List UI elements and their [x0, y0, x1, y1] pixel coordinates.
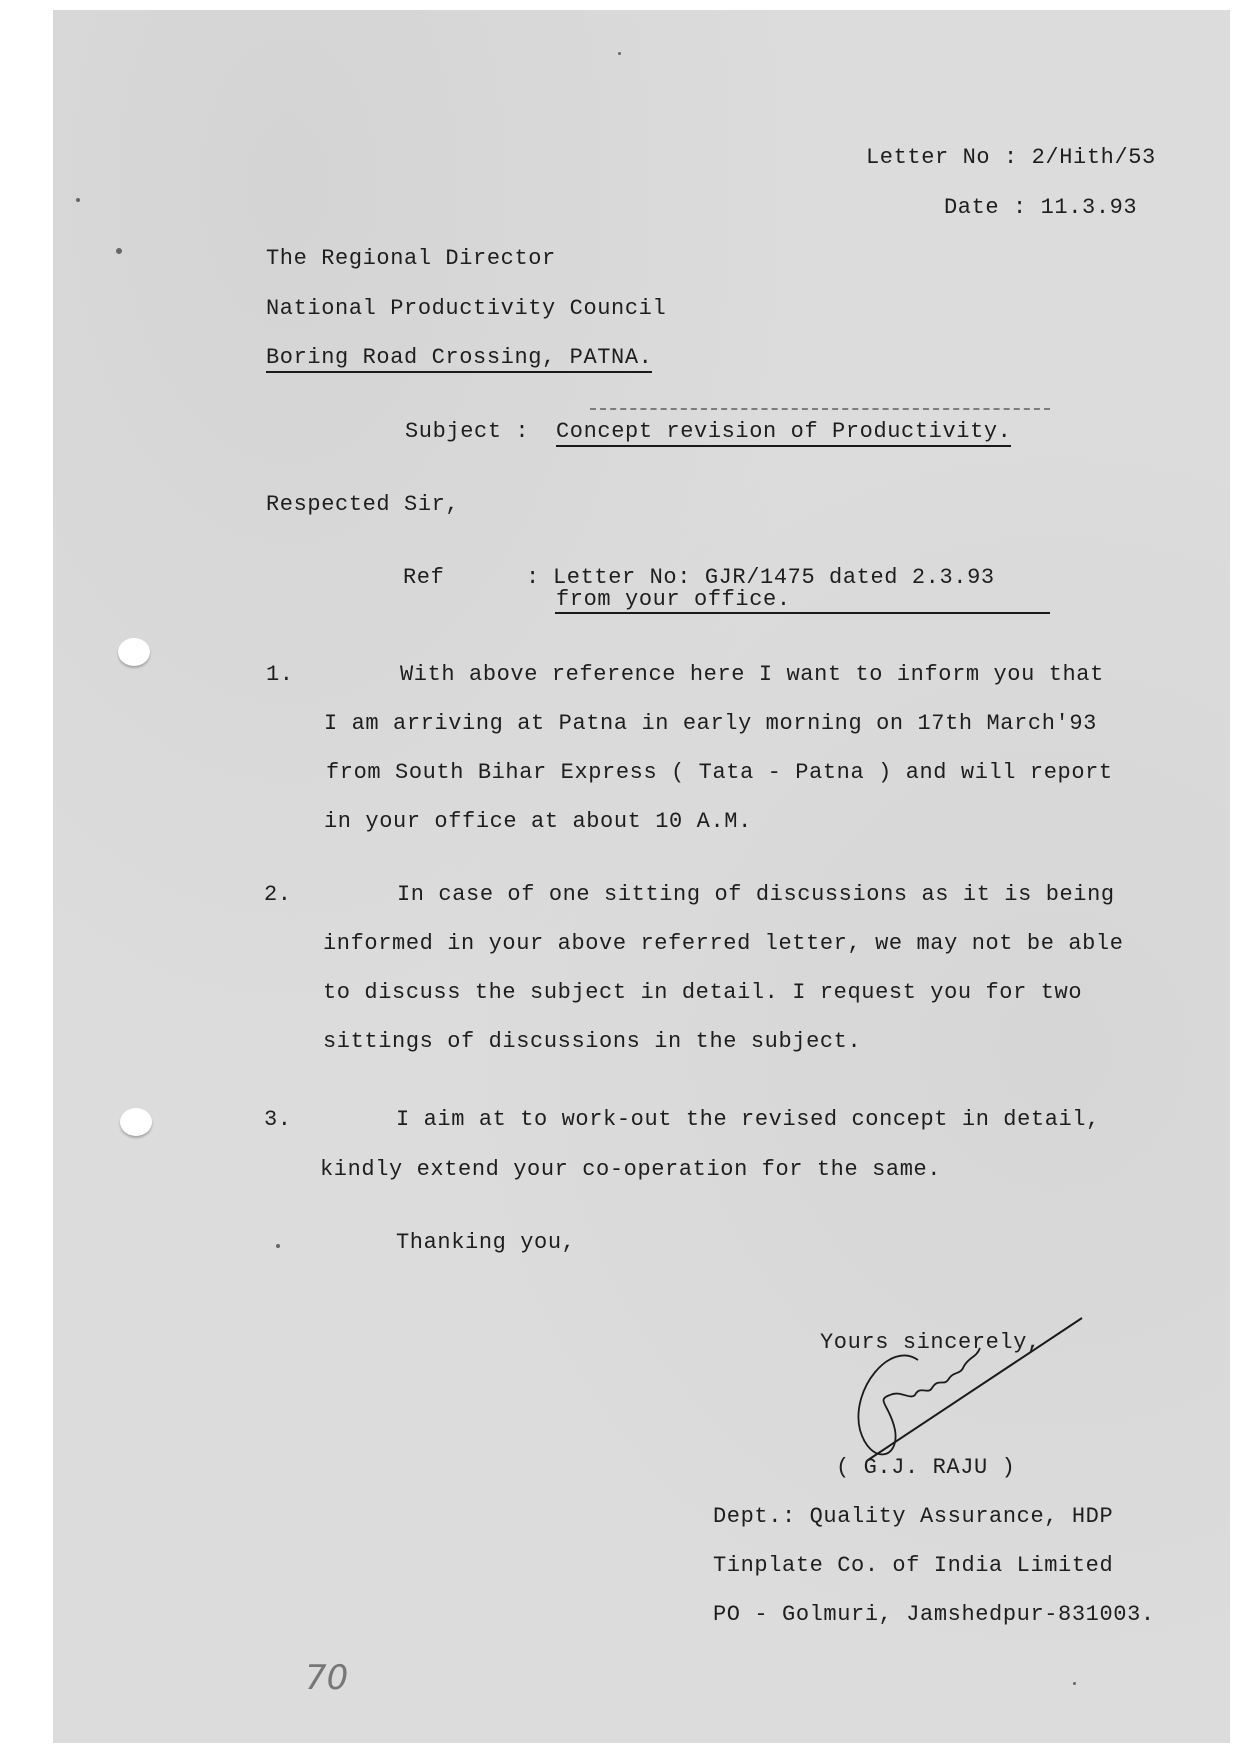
para-2-line-4: sittings of discussions in the subject. [323, 1031, 861, 1053]
signatory-company: Tinplate Co. of India Limited [713, 1555, 1113, 1577]
para-1-line-4: in your office at about 10 A.M. [324, 811, 752, 833]
para-1-line-2: I am arriving at Patna in early morning … [324, 713, 1097, 735]
letter-number: Letter No : 2/Hith/53 [866, 147, 1156, 169]
recipient-line-2: National Productivity Council [266, 298, 666, 320]
para-2-line-1: In case of one sitting of discussions as… [397, 884, 1115, 906]
ref-label: Ref [403, 567, 444, 589]
thanking-you: Thanking you, [396, 1232, 575, 1254]
subject-label: Subject : [405, 421, 529, 443]
para-3-number: 3. [264, 1109, 292, 1131]
para-1-number: 1. [266, 664, 294, 686]
recipient-line-1: The Regional Director [266, 248, 556, 270]
page-annotation: 70 [305, 1658, 348, 1698]
faint-dashed-line [590, 408, 1050, 410]
ref-line-2: from your office. [556, 589, 791, 611]
para-2-line-3: to discuss the subject in detail. I requ… [323, 982, 1082, 1004]
ref-line-1: Letter No: GJR/1475 dated 2.3.93 [553, 567, 995, 589]
subject-text: Concept revision of Productivity. [556, 421, 1011, 447]
speck [618, 52, 621, 55]
punch-hole-bottom [120, 1108, 152, 1136]
signatory-dept: Dept.: Quality Assurance, HDP [713, 1506, 1113, 1528]
speck [116, 248, 122, 254]
recipient-line-3: Boring Road Crossing, PATNA. [266, 347, 652, 373]
para-3-line-1: I aim at to work-out the revised concept… [396, 1109, 1100, 1131]
signatory-name: ( G.J. RAJU ) [836, 1457, 1015, 1479]
speck [1073, 1682, 1076, 1685]
speck [276, 1244, 280, 1248]
salutation: Respected Sir, [266, 494, 459, 516]
letter-page [53, 10, 1230, 1743]
para-2-line-2: informed in your above referred letter, … [323, 933, 1124, 955]
signatory-address: PO - Golmuri, Jamshedpur-831003. [713, 1604, 1155, 1626]
letter-date: Date : 11.3.93 [944, 197, 1137, 219]
para-2-number: 2. [264, 884, 292, 906]
para-1-line-1: With above reference here I want to info… [400, 664, 1104, 686]
ref-underline [555, 612, 1050, 614]
speck [76, 198, 80, 202]
para-1-line-3: from South Bihar Express ( Tata - Patna … [326, 762, 1113, 784]
signature [820, 1300, 1100, 1470]
punch-hole-top [118, 638, 150, 666]
ref-colon: : [526, 567, 540, 589]
para-3-line-2: kindly extend your co-operation for the … [320, 1159, 941, 1181]
